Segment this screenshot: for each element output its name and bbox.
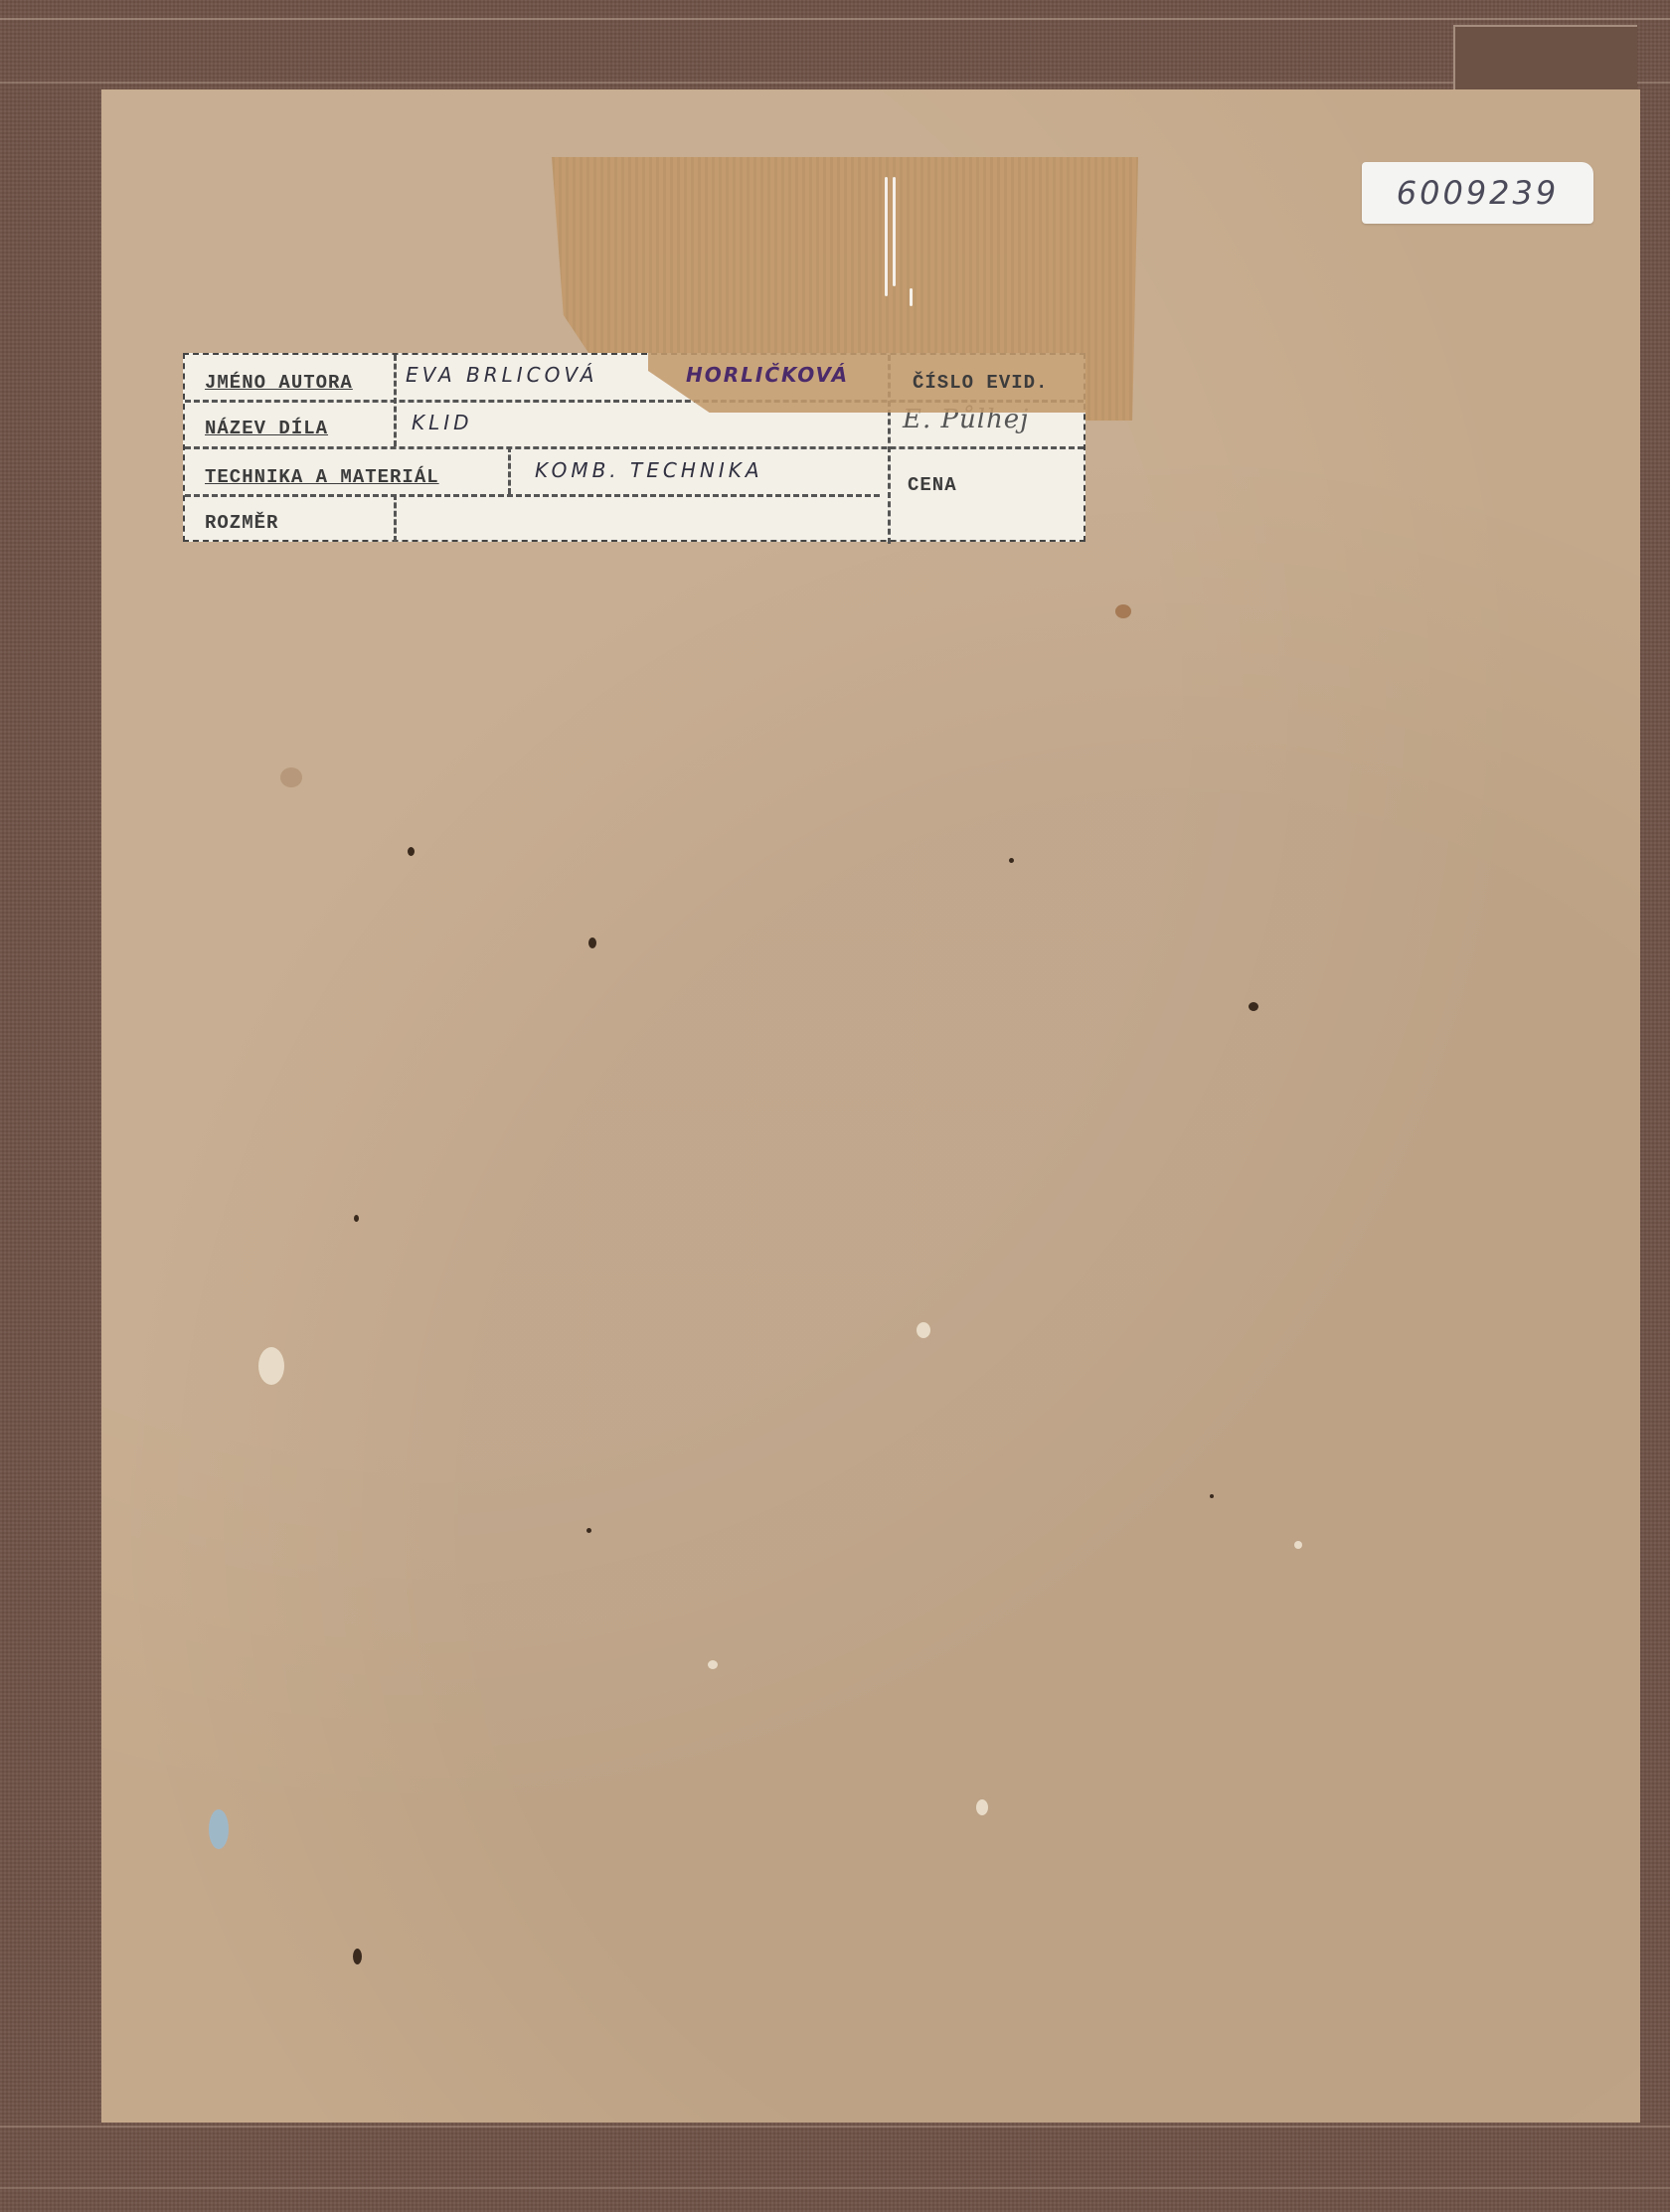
- author-value: EVA BRLICOVÁ: [406, 363, 597, 387]
- bottom-binding-tape: [0, 2126, 1670, 2189]
- tape-glare: [910, 288, 913, 306]
- board-stain: [1115, 604, 1131, 618]
- top-binding-tape: [0, 18, 1670, 84]
- card-col-divider: [394, 494, 397, 542]
- price-label: CENA: [908, 474, 957, 496]
- tape-glare: [893, 177, 896, 286]
- board-speck: [588, 937, 596, 948]
- board-speck: [353, 1949, 362, 1964]
- board-speck: [1249, 1002, 1258, 1011]
- board-speck: [1009, 858, 1014, 863]
- card-row-divider: [185, 494, 880, 497]
- tape-glare: [885, 177, 888, 296]
- title-value: KLID: [412, 411, 473, 434]
- author-label: JMÉNO AUTORA: [205, 372, 353, 394]
- card-col-divider: [508, 446, 511, 494]
- evidence-number-label: ČÍSLO EVID.: [913, 372, 1048, 394]
- title-label: NÁZEV DÍLA: [205, 418, 328, 439]
- inventory-number-label: 6009239: [1362, 162, 1593, 224]
- technique-label: TECHNIKA A MATERIÁL: [205, 466, 439, 488]
- card-col-divider: [394, 355, 397, 446]
- board-speck: [258, 1347, 284, 1385]
- author-value-extra: HORLIČKOVÁ: [686, 363, 849, 387]
- board-stain: [280, 767, 302, 787]
- board-speck: [408, 847, 415, 856]
- dimensions-label: ROZMĚR: [205, 512, 278, 534]
- board-speck: [976, 1799, 988, 1815]
- board-speck: [354, 1215, 359, 1222]
- technique-value: KOMB. TECHNIKA: [535, 458, 763, 482]
- board-speck: [209, 1809, 229, 1849]
- board-speck: [917, 1322, 930, 1338]
- board-speck: [586, 1528, 591, 1533]
- board-speck: [1210, 1494, 1214, 1498]
- board-speck: [1294, 1541, 1302, 1549]
- card-row-divider: [185, 446, 1084, 449]
- inventory-number: 6009239: [1397, 174, 1560, 212]
- board-speck: [708, 1660, 718, 1669]
